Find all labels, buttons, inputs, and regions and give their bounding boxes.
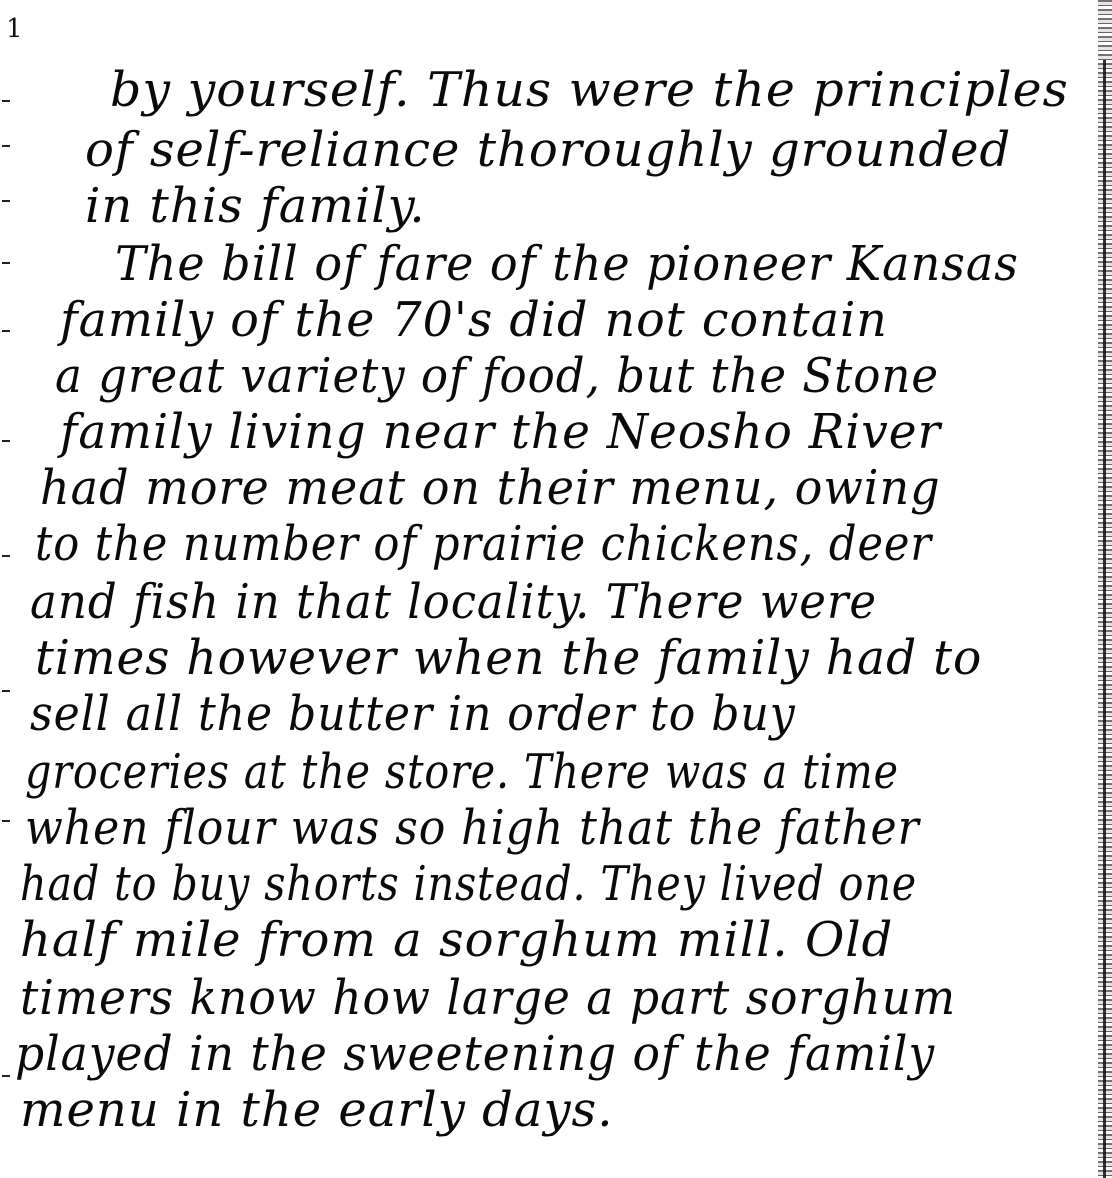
text-line: times however when the family had to xyxy=(35,630,982,686)
text-line: had more meat on their menu, owing xyxy=(40,460,941,516)
text-line: of self-reliance thoroughly grounded xyxy=(85,122,1011,178)
text-line: a great variety of food, but the Stone xyxy=(55,348,939,404)
text-line: to the number of prairie chickens, deer xyxy=(35,516,932,572)
text-line: family living near the Neosho River xyxy=(60,404,941,460)
text-line: in this family. xyxy=(85,178,426,234)
text-line: by yourself. Thus were the principles xyxy=(110,62,1069,118)
text-line: and fish in that locality. There were xyxy=(30,574,877,630)
handwritten-page: 1 by yourself. Thus were the principles … xyxy=(0,0,1112,1178)
text-line: The bill of fare of the pioneer Kansas xyxy=(115,236,1019,292)
text-line: had to buy shorts instead. They lived on… xyxy=(20,856,917,912)
page-number-mark: 1 xyxy=(6,14,46,64)
text-line: when flour was so high that the father xyxy=(25,800,920,856)
text-line: menu in the early days. xyxy=(20,1082,613,1138)
scan-edge-line xyxy=(1103,60,1106,1178)
text-line: played in the sweetening of the family xyxy=(15,1026,935,1082)
text-line: sell all the butter in order to buy xyxy=(30,686,796,742)
text-line: groceries at the store. There was a time xyxy=(25,744,899,800)
text-line: half mile from a sorghum mill. Old xyxy=(20,912,893,968)
text-line: timers know how large a part sorghum xyxy=(20,970,956,1026)
text-line: family of the 70's did not contain xyxy=(60,292,888,348)
